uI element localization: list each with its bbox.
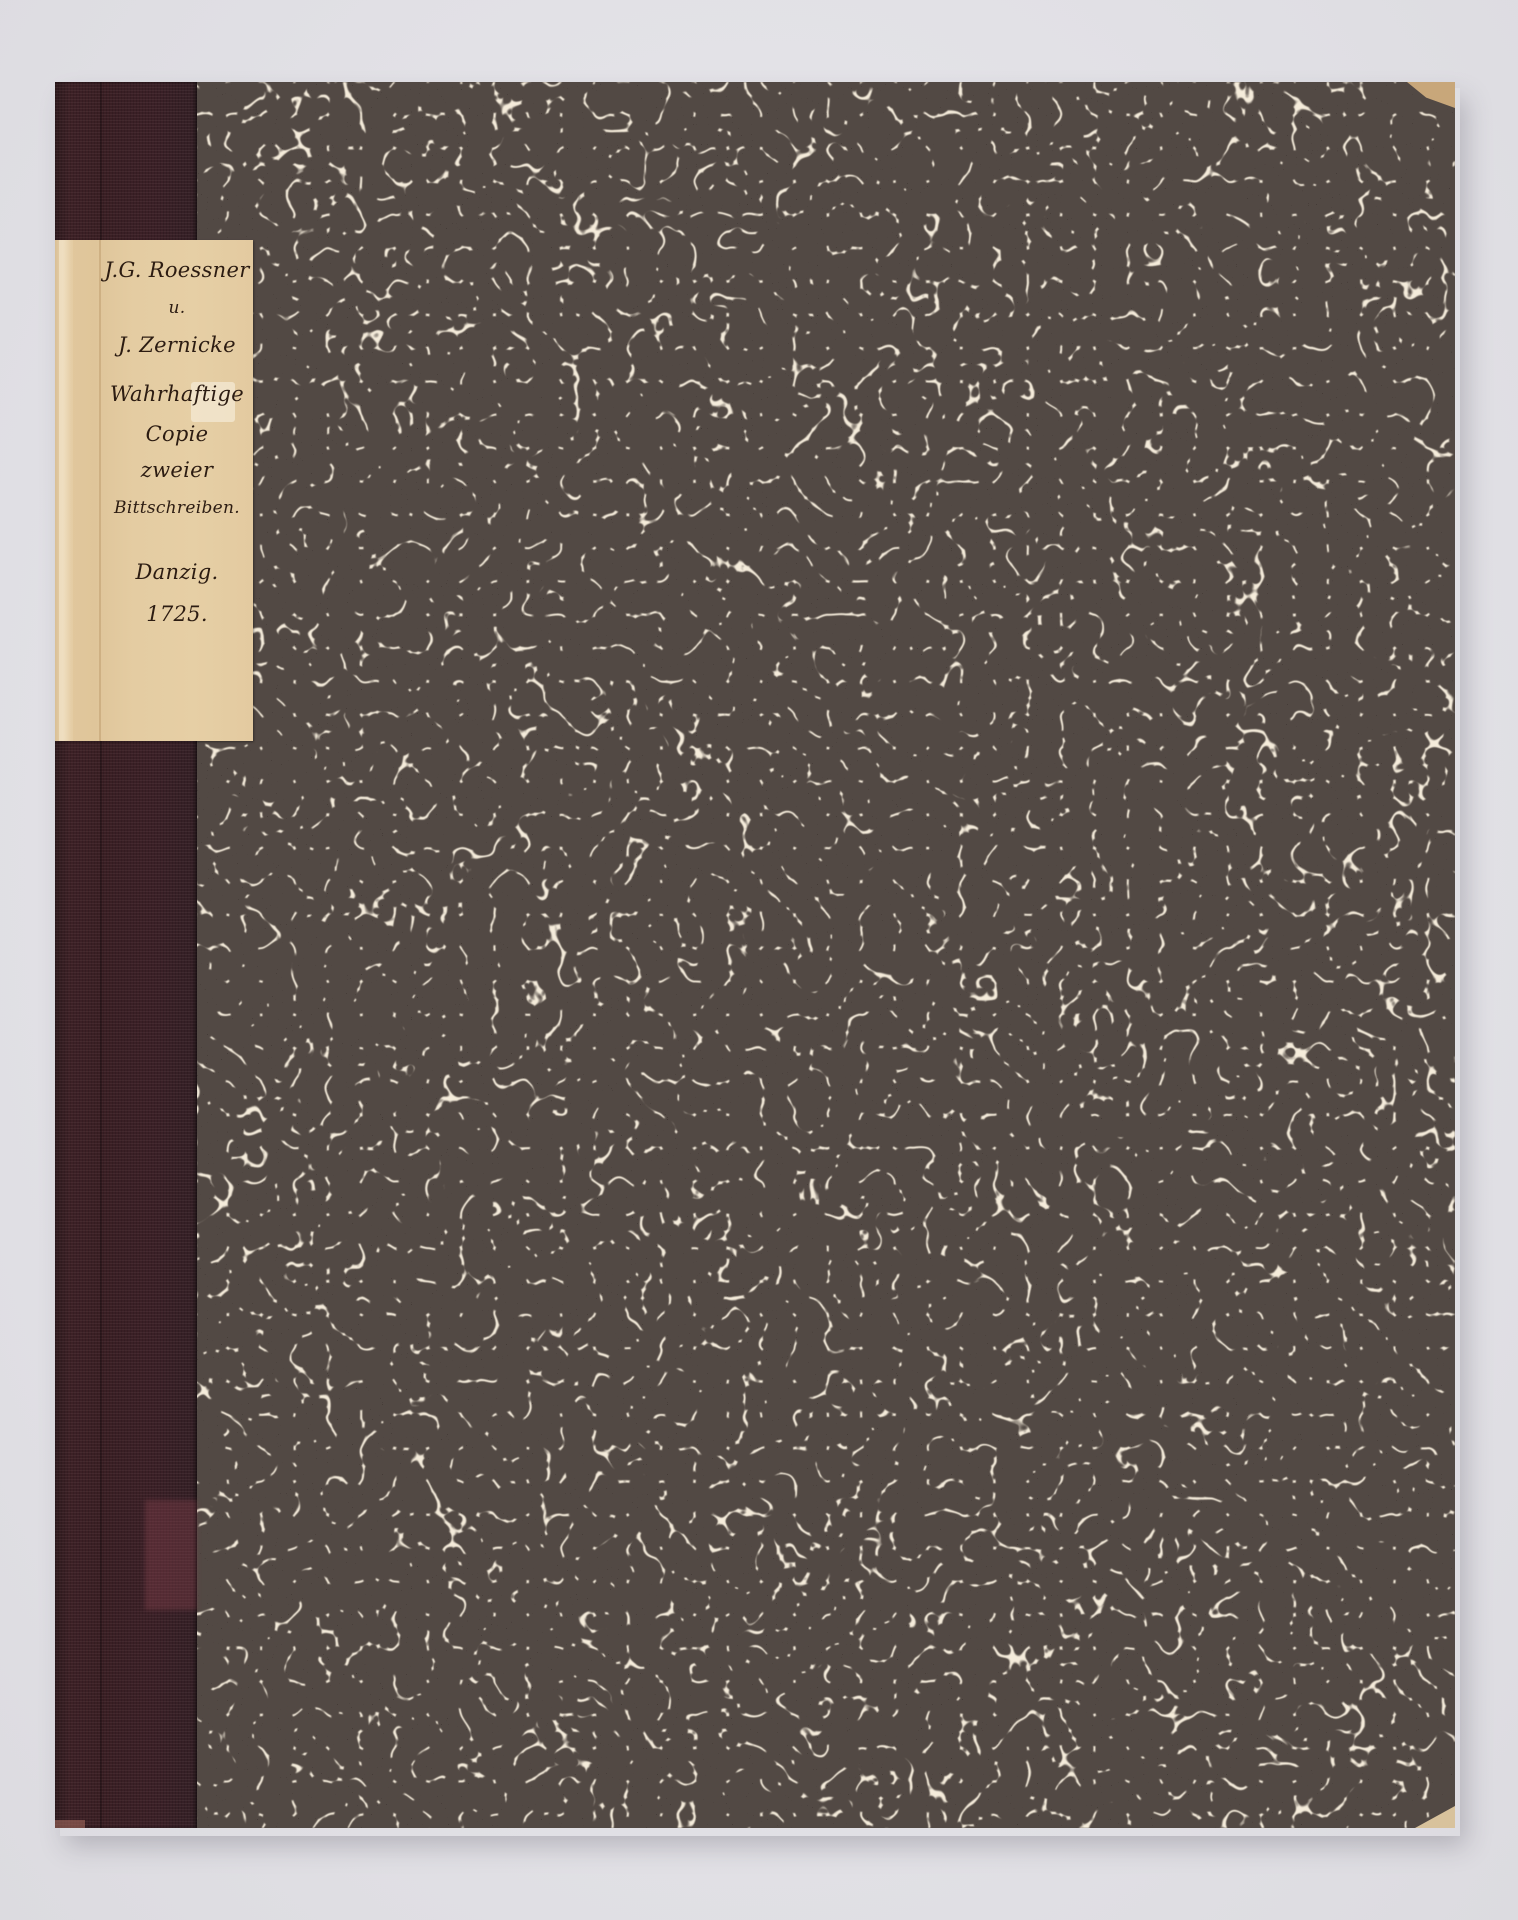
spine-worn-patch	[145, 1500, 197, 1610]
label-title-line-1: Wahrhaftige	[101, 382, 253, 406]
spine-paper-label: J.G. Roessner u. J. Zernicke Wahrhaftige…	[55, 240, 253, 741]
label-title-line-2: Copie	[101, 422, 253, 446]
label-author-2: J. Zernicke	[101, 333, 253, 357]
label-author-1: J.G. Roessner	[101, 258, 253, 282]
label-place: Danzig.	[101, 560, 253, 584]
label-title-line-4: Bittschreiben.	[101, 498, 253, 518]
marbled-cover-paper	[195, 82, 1455, 1828]
label-conjunction: u.	[101, 298, 253, 318]
marble-pattern	[195, 82, 1455, 1828]
spine-frayed-corner	[55, 1820, 85, 1828]
label-edge-wear	[59, 240, 73, 741]
label-title-line-3: zweier	[101, 458, 253, 482]
label-handwritten-text: J.G. Roessner u. J. Zernicke Wahrhaftige…	[101, 240, 253, 741]
label-year: 1725.	[101, 602, 253, 626]
book-cover: J.G. Roessner u. J. Zernicke Wahrhaftige…	[55, 82, 1455, 1828]
